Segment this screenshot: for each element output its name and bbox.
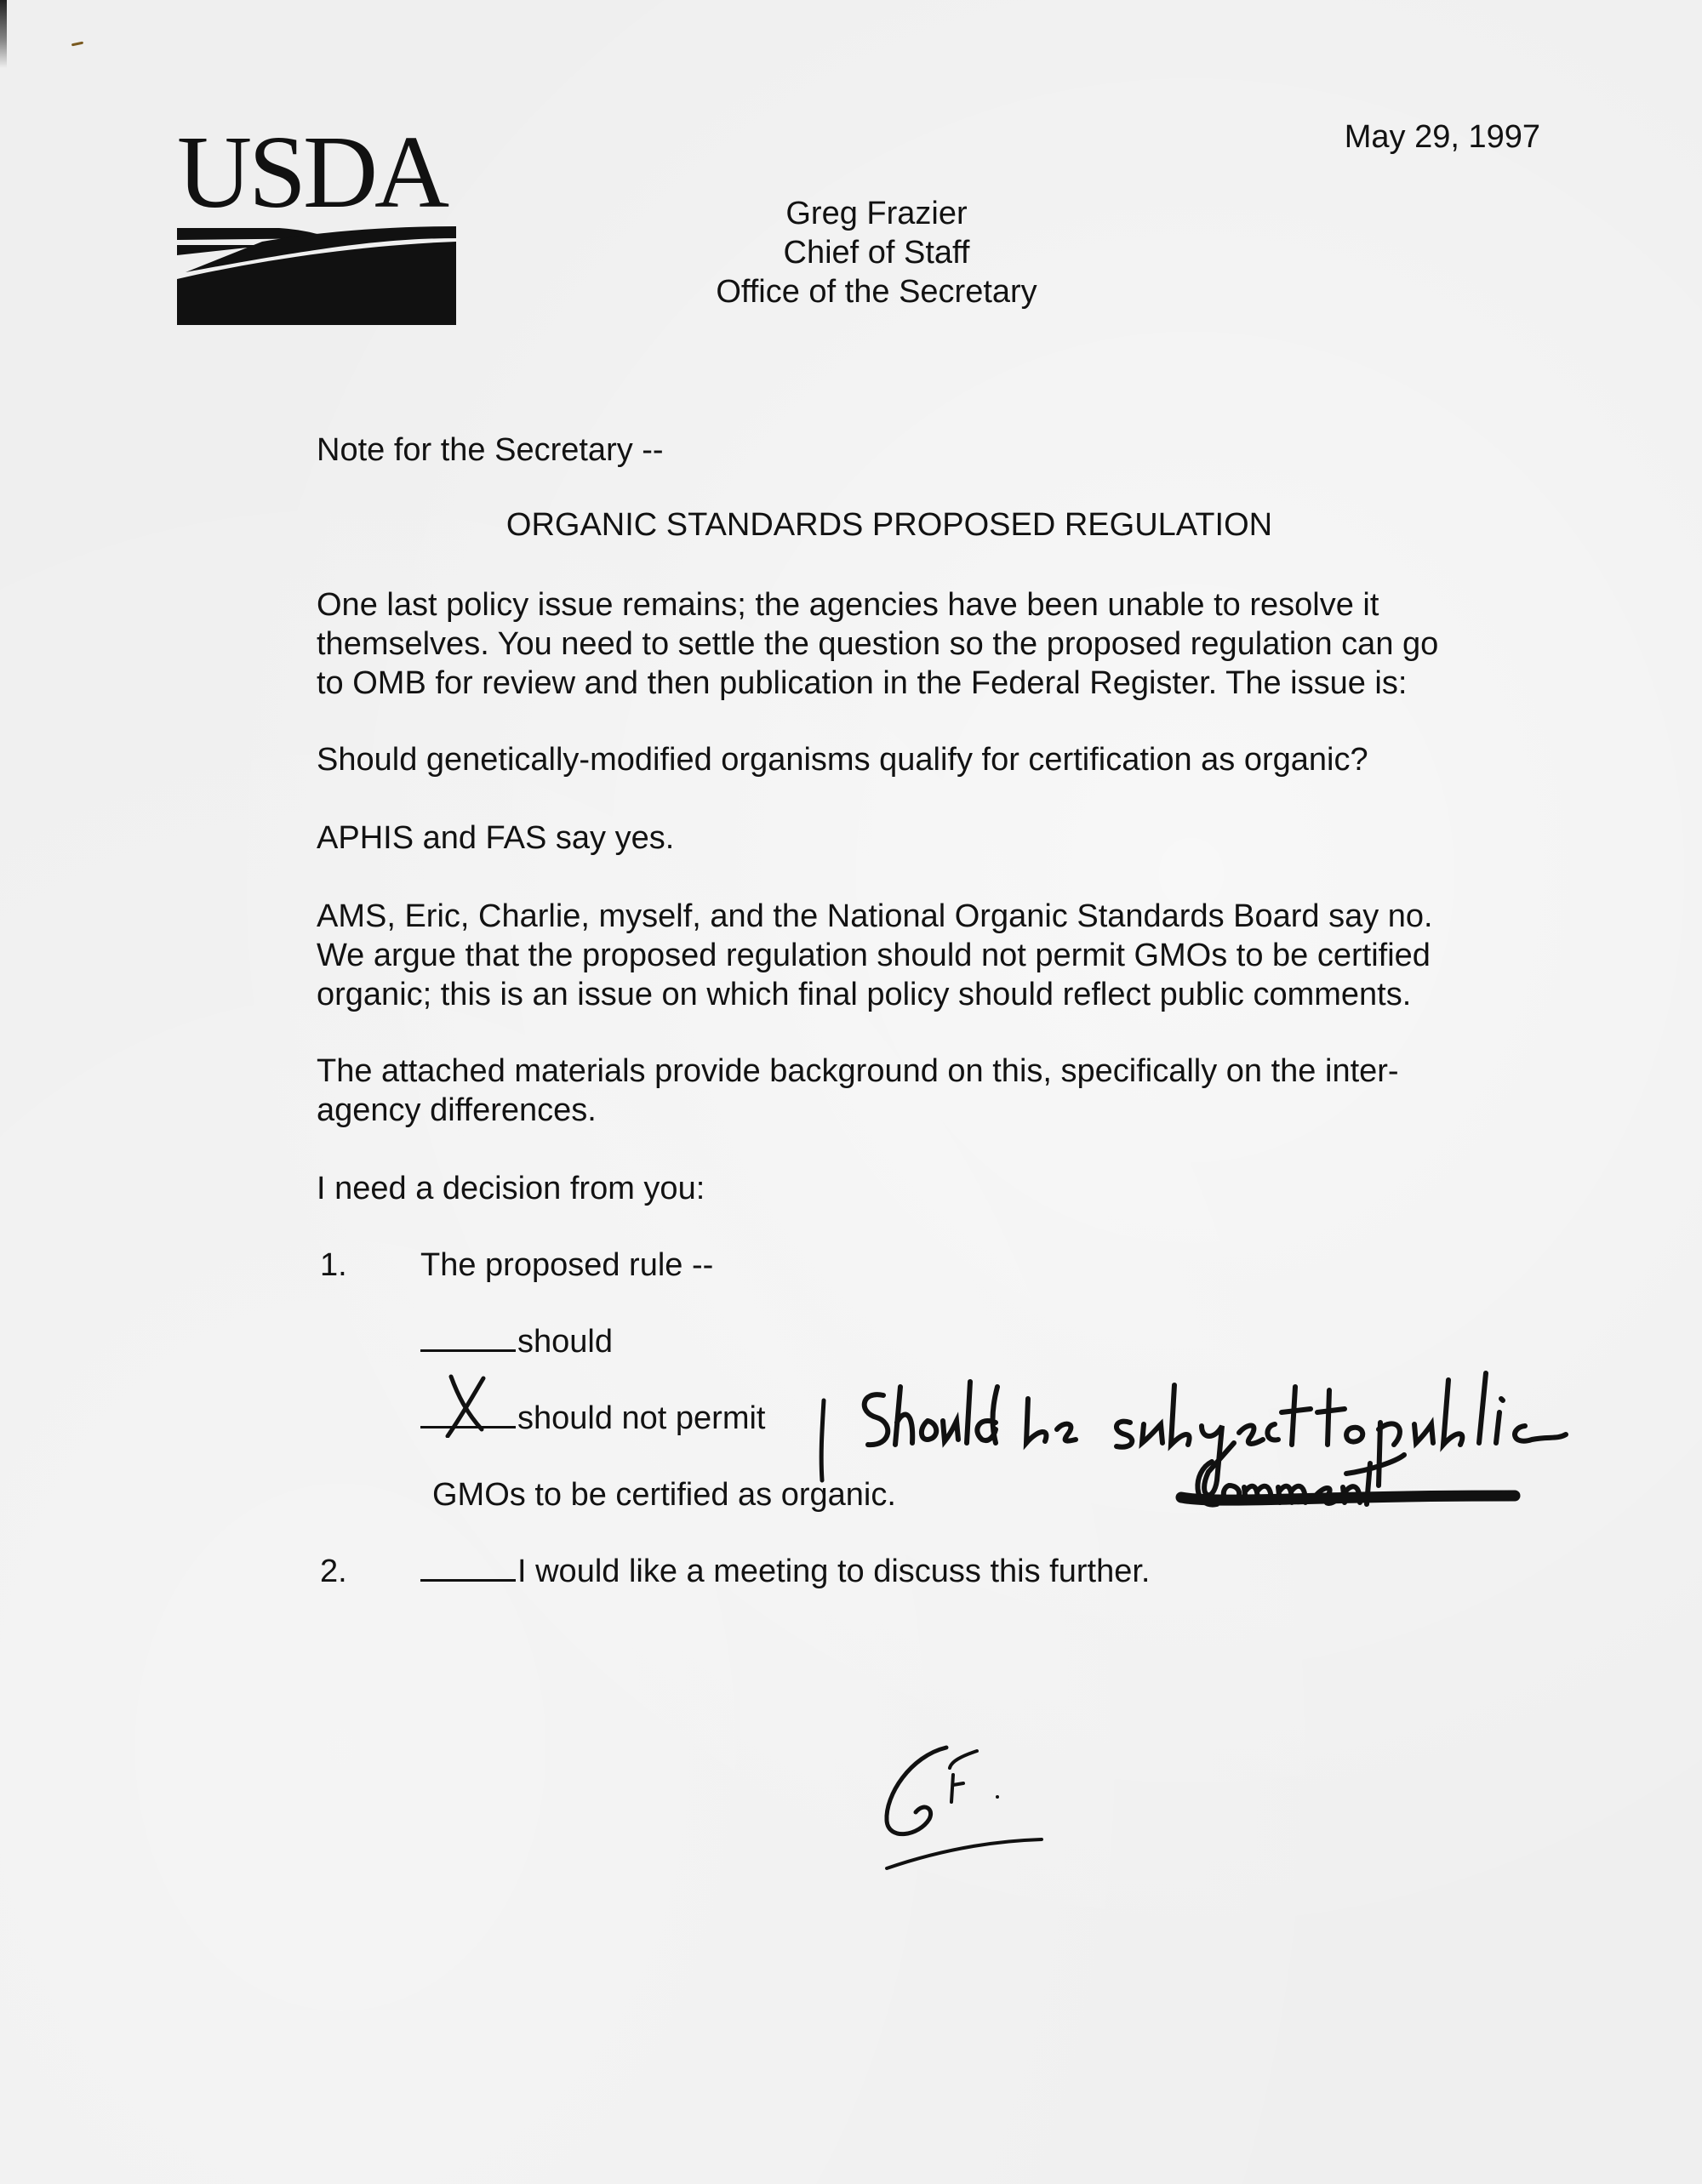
paragraph-issue-line-3: to OMB for review and then publication i…	[317, 664, 1407, 703]
option-should-not-permit-checkbox[interactable]	[420, 1400, 516, 1428]
option-meeting-label: I would like a meeting to discuss this f…	[517, 1554, 1150, 1589]
decision-2-number: 2.	[320, 1554, 347, 1590]
no-position-line-3: organic; this is an issue on which final…	[317, 975, 1411, 1014]
option-should-not-permit-label: should not permit	[517, 1400, 766, 1436]
yes-position: APHIS and FAS say yes.	[317, 818, 674, 858]
memo-page: USDA May 29, 1997 Greg Frazier Chief of …	[0, 0, 1702, 2184]
salutation: Note for the Secretary --	[317, 431, 664, 470]
usda-logo-fields-icon	[177, 136, 456, 325]
scan-edge	[0, 0, 7, 68]
decision-1-number: 1.	[320, 1247, 347, 1284]
sender-title: Chief of Staff	[664, 233, 1089, 272]
option-meeting[interactable]: I would like a meeting to discuss this f…	[420, 1554, 1150, 1590]
sender-office: Office of the Secretary	[664, 272, 1089, 311]
sender-block: Greg Frazier Chief of Staff Office of th…	[664, 194, 1089, 311]
option-should-label: should	[517, 1324, 613, 1360]
memo-date: May 29, 1997	[1345, 119, 1540, 156]
decision-1-label: The proposed rule --	[420, 1247, 713, 1284]
option-should[interactable]: should	[420, 1324, 613, 1360]
usda-logo: USDA	[177, 136, 456, 325]
option-meeting-checkbox[interactable]	[420, 1554, 516, 1582]
no-position-line-2: We argue that the proposed regulation sh…	[317, 936, 1431, 975]
option-should-not-permit[interactable]: should not permit	[420, 1400, 766, 1437]
handwritten-initials	[868, 1736, 1072, 1880]
annotation-underline	[1174, 1480, 1532, 1514]
background-line-1: The attached materials provide backgroun…	[317, 1052, 1399, 1091]
paragraph-issue-line-1: One last policy issue remains; the agenc…	[317, 585, 1379, 624]
initials-gf-strokes	[868, 1736, 1072, 1880]
paragraph-issue-line-2: themselves. You need to settle the quest…	[317, 624, 1438, 664]
scan-speck	[71, 42, 83, 47]
background-line-2: agency differences.	[317, 1091, 597, 1130]
no-position-line-1: AMS, Eric, Charlie, myself, and the Nati…	[317, 897, 1433, 936]
option-should-checkbox[interactable]	[420, 1324, 516, 1352]
sender-name: Greg Frazier	[664, 194, 1089, 233]
decision-prompt: I need a decision from you:	[317, 1169, 705, 1208]
memo-subject: ORGANIC STANDARDS PROPOSED REGULATION	[0, 507, 1702, 544]
question: Should genetically-modified organisms qu…	[317, 740, 1368, 779]
handwritten-x-mark-icon	[432, 1370, 500, 1438]
